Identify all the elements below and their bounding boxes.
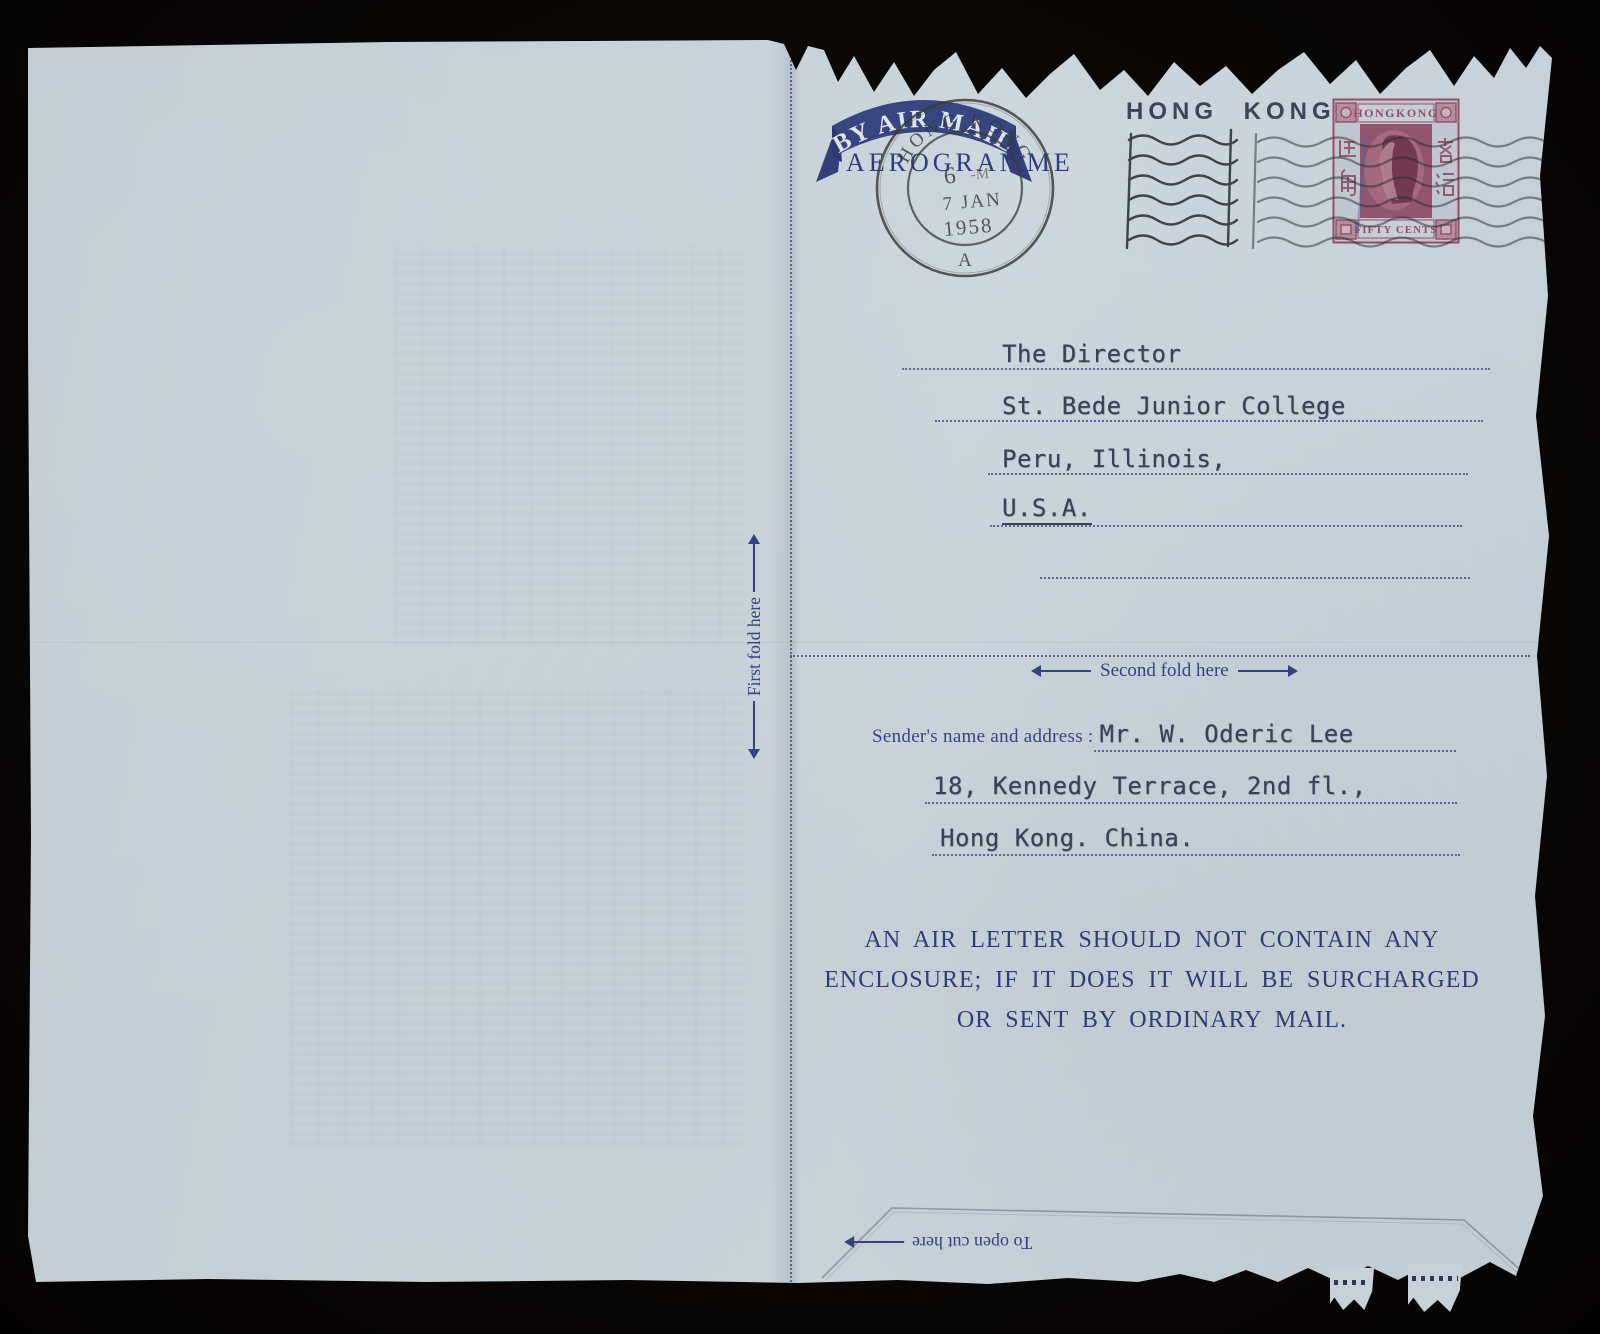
enclosure-notice: AN AIR LETTER SHOULD NOT CONTAIN ANY ENC…	[800, 920, 1504, 1040]
second-fold-label: Second fold here	[1100, 660, 1229, 682]
notice-line-3: OR SENT BY ORDINARY MAIL.	[800, 1000, 1504, 1040]
postmark-index-letter: A	[958, 250, 972, 271]
notice-line-1: AN AIR LETTER SHOULD NOT CONTAIN ANY	[800, 920, 1504, 960]
aerogramme-sheet: First fold here Second fold here BY AIR …	[28, 36, 1552, 1286]
left-arrow-icon	[1033, 670, 1091, 672]
svg-text:HONG KONG: HONG KONG	[893, 110, 1036, 167]
sender-label: Sender's name and address :	[872, 726, 1094, 748]
sender-address-row-1: 18, Kennedy Terrace, 2nd fl.,	[925, 764, 1457, 804]
bleedthrough-text-upper	[395, 245, 745, 645]
sender-name-line: Mr. W. Oderic Lee	[1094, 712, 1456, 752]
address-line-3: Peru, Illinois,	[988, 421, 1468, 475]
killer-wavy-lines-right	[1250, 132, 1568, 252]
address-text: U.S.A.	[1002, 494, 1092, 525]
sender-address-1: 18, Kennedy Terrace, 2nd fl.,	[933, 772, 1367, 800]
torn-perforation-tab	[1330, 1268, 1374, 1310]
address-line-2: St. Bede Junior College	[935, 368, 1483, 422]
open-cut-label: To open cut here	[912, 1232, 1032, 1253]
torn-perforation-tab	[1408, 1264, 1462, 1312]
address-line-4: U.S.A.	[990, 473, 1462, 527]
open-cut-mark: To open cut here	[846, 1232, 1032, 1253]
address-text: The Director	[1002, 340, 1181, 368]
perforation-dots	[1334, 1280, 1370, 1285]
address-line-5-blank	[1040, 525, 1470, 579]
scanned-aerogramme-photo: First fold here Second fold here BY AIR …	[0, 0, 1600, 1334]
notice-line-2: ENCLOSURE; IF IT DOES IT WILL BE SURCHAR…	[800, 960, 1504, 1000]
sender-name-row: Sender's name and address : Mr. W. Oderi…	[872, 712, 1456, 750]
down-arrow-icon	[753, 701, 755, 757]
address-text: St. Bede Junior College	[1002, 392, 1346, 420]
postmark-place: HONG KONG	[893, 110, 1036, 167]
bleedthrough-text-lower	[290, 690, 745, 1145]
perforation-dots	[1412, 1276, 1458, 1281]
sender-address-2: Hong Kong. China.	[940, 824, 1194, 852]
first-fold-mark: First fold here	[736, 536, 772, 796]
postmark-date: 7 JAN	[942, 189, 1003, 215]
postmark-meridiem: -M	[970, 166, 990, 184]
sender-address-row-2: Hong Kong. China.	[932, 816, 1460, 856]
postmark-hour: 6	[943, 163, 957, 190]
cut-direction-arrow-icon	[846, 1242, 904, 1244]
postmark-year: 1958	[942, 213, 994, 241]
right-arrow-icon	[1238, 670, 1296, 672]
address-text: Peru, Illinois,	[1002, 445, 1226, 473]
first-fold-label: First fold here	[744, 597, 765, 696]
second-fold-line	[790, 655, 1530, 657]
postmark-datestamp: HONG KONG 6 -M 7 JAN 1958 A	[873, 96, 1057, 280]
second-fold-mark: Second fold here	[1033, 660, 1296, 682]
first-fold-line	[790, 36, 792, 1286]
address-line-1: The Director	[902, 316, 1490, 370]
stamp-country-name: HONGKONG	[1353, 106, 1438, 120]
killer-wavy-lines-left	[1125, 128, 1240, 252]
sender-name: Mr. W. Oderic Lee	[1100, 720, 1354, 748]
machine-cancel-text: HONG KONG	[1126, 98, 1336, 126]
up-arrow-icon	[753, 536, 755, 592]
